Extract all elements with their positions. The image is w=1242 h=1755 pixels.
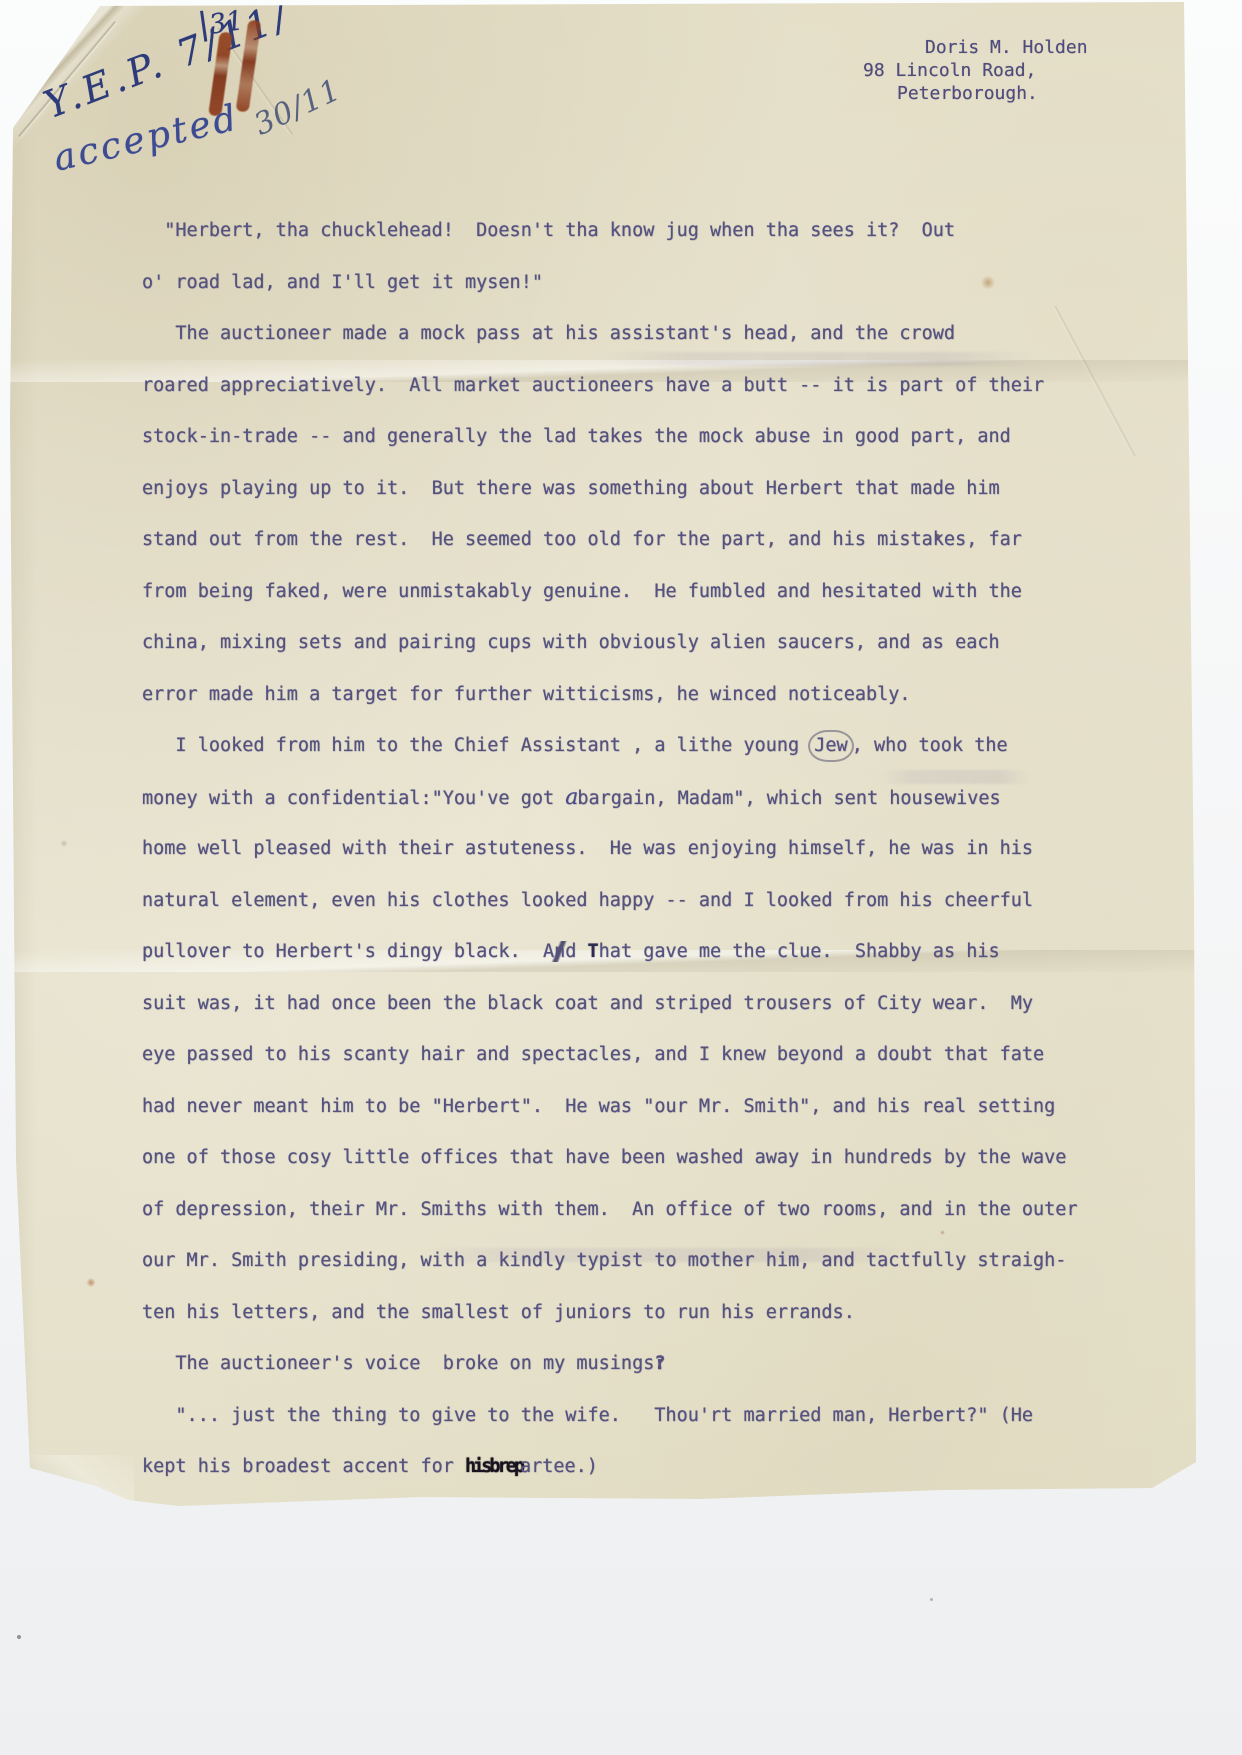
typescript-line: our Mr. Smith presiding, with a kindly t… — [142, 1235, 1122, 1287]
typescript-body: "Herbert, tha chucklehead! Doesn't tha k… — [142, 205, 1122, 1493]
typescript-line: had never meant him to be "Herbert". He … — [142, 1081, 1122, 1133]
typescript-segment: "... just the thing to give to the wife.… — [142, 1405, 1033, 1426]
typescript-segment: eye passed to his scanty hair and specta… — [142, 1044, 1044, 1065]
typescript-segment: roared appreciatively. All market auctio… — [142, 375, 1044, 396]
typescript-line: eye passed to his scanty hair and specta… — [142, 1029, 1122, 1081]
typescript-segment: artee.) — [520, 1456, 598, 1477]
typescript-segment: of depression, their Mr. Smiths with the… — [142, 1199, 1078, 1220]
typescript-line: of depression, their Mr. Smiths with the… — [142, 1184, 1122, 1236]
typescript-segment: one of those cosy little offices that ha… — [142, 1147, 1066, 1168]
typescript-segment-struck: And — [543, 941, 576, 962]
typescript-segment: o' road lad, and I'll get it mysen!" — [142, 272, 543, 293]
typescript-segment: suit was, it had once been the black coa… — [142, 993, 1033, 1014]
typescript-paragraph: I looked from him to the Chief Assistant… — [142, 720, 1122, 1338]
typescript-segment-dark: hisbrep — [465, 1456, 522, 1477]
author-address-block: Doris M. Holden 98 Lincoln Road, Peterbo… — [863, 36, 1088, 105]
red-crayon-mark-11 — [212, 20, 276, 120]
typescript-segment: "Herbert, tha chucklehead! Doesn't tha k… — [142, 220, 955, 241]
typescript-line: "Herbert, tha chucklehead! Doesn't tha k… — [142, 205, 1122, 257]
typescript-line: pullover to Herbert's dingy black. And T… — [142, 926, 1122, 978]
typescript-segment: The auctioneer's voice broke on my musin… — [142, 1353, 654, 1374]
typescript-line: stand out from the rest. He seemed too o… — [142, 514, 1122, 566]
typescript-segment: hat gave me the clue. Shabby as his — [599, 941, 1000, 962]
typescript-line: ten his letters, and the smallest of jun… — [142, 1287, 1122, 1339]
author-name: Doris M. Holden — [863, 36, 1088, 59]
typescript-line: one of those cosy little offices that ha… — [142, 1132, 1122, 1184]
typescript-line: error made him a target for further witt… — [142, 669, 1122, 721]
typescript-line: stock-in-trade -- and generally the lad … — [142, 411, 1122, 463]
typescript-segment: had never meant him to be "Herbert". He … — [142, 1096, 1055, 1117]
typescript-line: home well pleased with their astuteness.… — [142, 823, 1122, 875]
stain — [60, 840, 68, 847]
red-stroke — [208, 32, 233, 116]
typescript-segment: stock-in-trade -- and generally the lad … — [142, 426, 1011, 447]
typescript-segment: The auctioneer made a mock pass at his a… — [142, 323, 955, 344]
fold-crease-bottom-left — [14, 1455, 134, 1510]
red-stroke — [236, 20, 262, 112]
typescript-segment: stand out from the rest. He seemed too o… — [142, 529, 1022, 550]
typescript-segment: error made him a target for further witt… — [142, 684, 911, 705]
typescript-segment: enjoys playing up to it. But there was s… — [142, 478, 1000, 499]
typescript-line: The auctioneer's voice broke on my musin… — [142, 1338, 1122, 1390]
typescript-segment: kept his broadest accent for — [142, 1456, 465, 1477]
speck — [930, 1598, 933, 1601]
crease-line — [18, 21, 116, 137]
typescript-segment: money with a confidential:"You've got — [142, 788, 565, 809]
typescript-line: o' road lad, and I'll get it mysen!" — [142, 257, 1122, 309]
typescript-segment: from being faked, were unmistakably genu… — [142, 581, 1022, 602]
typescript-line: from being faked, were unmistakably genu… — [142, 566, 1122, 618]
speck — [17, 1635, 21, 1639]
scanned-page: Y.E.P. 7/11/ 31 30/11 accepted Doris M. … — [0, 0, 1242, 1755]
typescript-paragraph: "Herbert, tha chucklehead! Doesn't tha k… — [142, 205, 1122, 308]
typescript-line: roared appreciatively. All market auctio… — [142, 360, 1122, 412]
typescript-segment: , who took the — [852, 735, 1008, 756]
typescript-segment-hand: a — [565, 785, 577, 810]
typescript-segment-circled: Jew — [808, 730, 853, 762]
typescript-segment — [576, 941, 587, 962]
paper-sheet: Y.E.P. 7/11/ 31 30/11 accepted Doris M. … — [0, 0, 1242, 1520]
typescript-segment: I looked from him to the Chief Assistant… — [142, 735, 810, 756]
typescript-segment: home well pleased with their astuteness.… — [142, 838, 1033, 859]
typescript-line: money with a confidential:"You've got ab… — [142, 772, 1122, 824]
typescript-paragraph: The auctioneer made a mock pass at his a… — [142, 308, 1122, 720]
typescript-segment: ten his letters, and the smallest of jun… — [142, 1302, 855, 1323]
typescript-paragraph: The auctioneer's voice broke on my musin… — [142, 1338, 1122, 1390]
typescript-segment: our Mr. Smith presiding, with a kindly t… — [142, 1250, 1066, 1271]
typescript-segment-over: T — [588, 941, 599, 962]
typescript-segment: natural element, even his clothes looked… — [142, 890, 1033, 911]
typescript-segment: bargain, Madam", which sent housewives — [577, 788, 1000, 809]
typescript-line: suit was, it had once been the black coa… — [142, 978, 1122, 1030]
typescript-segment: pullover to Herbert's dingy black. — [142, 941, 543, 962]
typescript-line: The auctioneer made a mock pass at his a… — [142, 308, 1122, 360]
typescript-line: enjoys playing up to it. But there was s… — [142, 463, 1122, 515]
typescript-line: "... just the thing to give to the wife.… — [142, 1390, 1122, 1442]
typescript-line: china, mixing sets and pairing cups with… — [142, 617, 1122, 669]
typescript-line: natural element, even his clothes looked… — [142, 875, 1122, 927]
author-city: Peterborough. — [863, 82, 1088, 105]
author-street: 98 Lincoln Road, — [863, 59, 1088, 82]
typescript-line: kept his broadest accent for hisbreparte… — [142, 1441, 1122, 1493]
typescript-paragraph: "... just the thing to give to the wife.… — [142, 1390, 1122, 1493]
fold-crease-top-left — [0, 0, 200, 200]
stain — [86, 1278, 96, 1287]
typescript-line: I looked from him to the Chief Assistant… — [142, 720, 1122, 772]
typescript-segment: china, mixing sets and pairing cups with… — [142, 632, 1000, 653]
